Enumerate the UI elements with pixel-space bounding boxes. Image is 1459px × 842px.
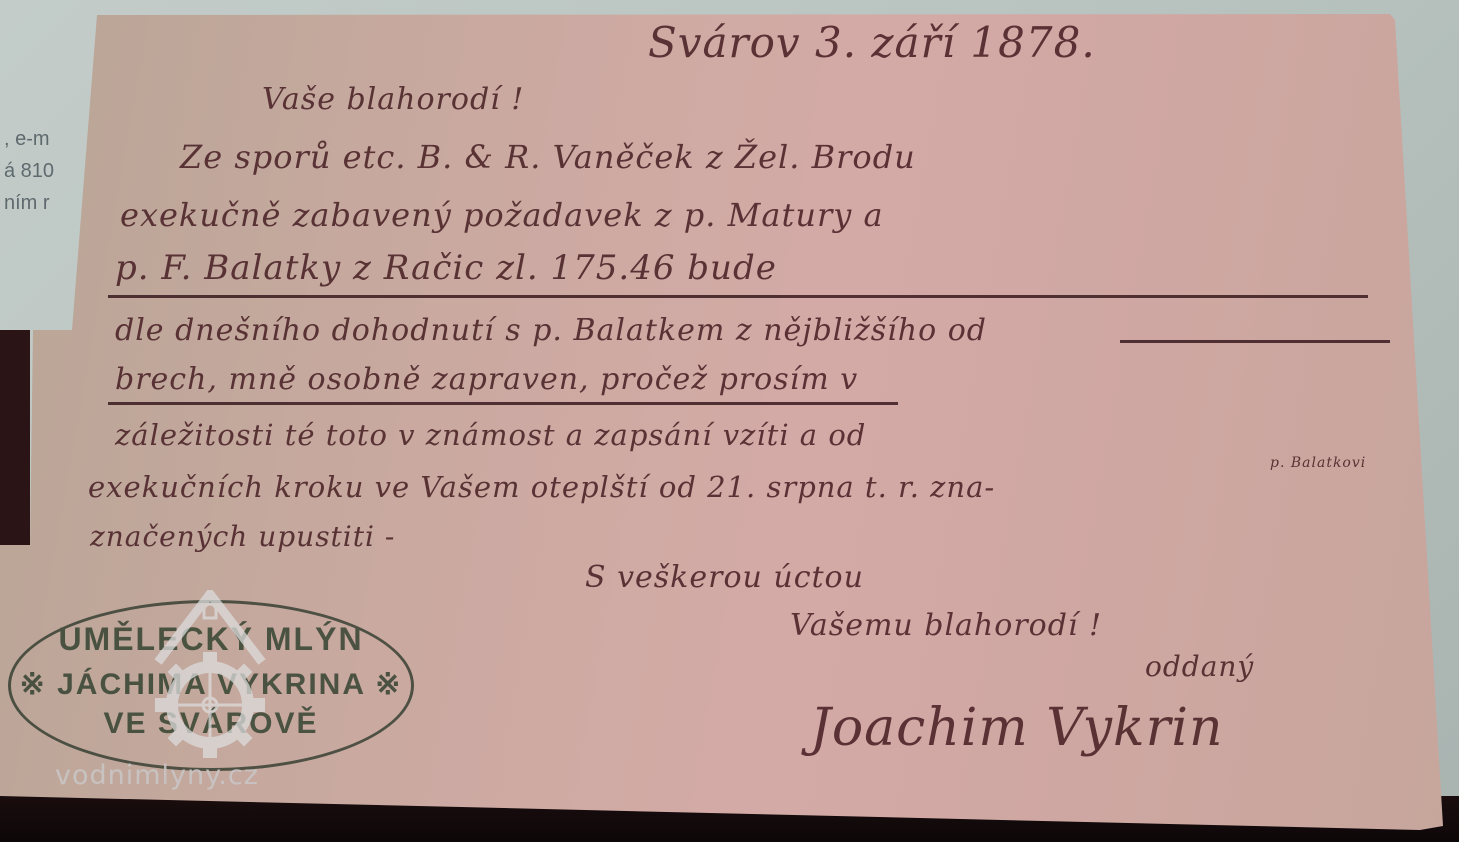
letter-line: p. F. Balatky z Račic zl. 175.46 bude [115, 248, 777, 288]
watermark-text: vodnimlyny.cz [55, 760, 259, 791]
underline-rule [108, 402, 898, 405]
underline-rule [108, 295, 1368, 298]
stamp-ornament-icon: ※ [375, 668, 402, 701]
letter-line: brech, mně osobně zapraven, pročež prosí… [115, 362, 858, 397]
signature: Joachim Vykrin [810, 698, 1224, 758]
letter-line: záležitosti té toto v známost a zapsání … [115, 418, 866, 452]
letter-line: dle dnešního dohodnutí s p. Balatkem z n… [115, 313, 987, 348]
letter-line: exekučních kroku ve Vašem oteplští od 21… [88, 470, 995, 504]
closing-line: Vašemu blahorodí ! [790, 608, 1102, 643]
underline-rule [1120, 340, 1390, 343]
stamp-ornament-icon: ※ [20, 668, 47, 701]
background-text-line: ním r [4, 192, 50, 215]
closing-line: oddaný [1145, 650, 1254, 683]
mill-house-gear-icon [150, 590, 270, 760]
background-text-line: á 810 [4, 160, 54, 183]
dark-background-object [0, 330, 30, 560]
letter-line: značených upustiti - [90, 520, 395, 553]
place-date: Svárov 3. září 1878. [648, 18, 1096, 67]
letter-line: Ze sporů etc. B. & R. Vaněček z Žel. Bro… [180, 138, 916, 176]
interlinear-note: p. Balatkovi [1270, 455, 1366, 471]
closing-line: S veškerou úctou [585, 560, 864, 595]
letter-line: exekučně zabavený požadavek z p. Matury … [120, 196, 884, 234]
background-text-line: , e-m [4, 128, 50, 151]
salutation: Vaše blahorodí ! [262, 82, 524, 117]
